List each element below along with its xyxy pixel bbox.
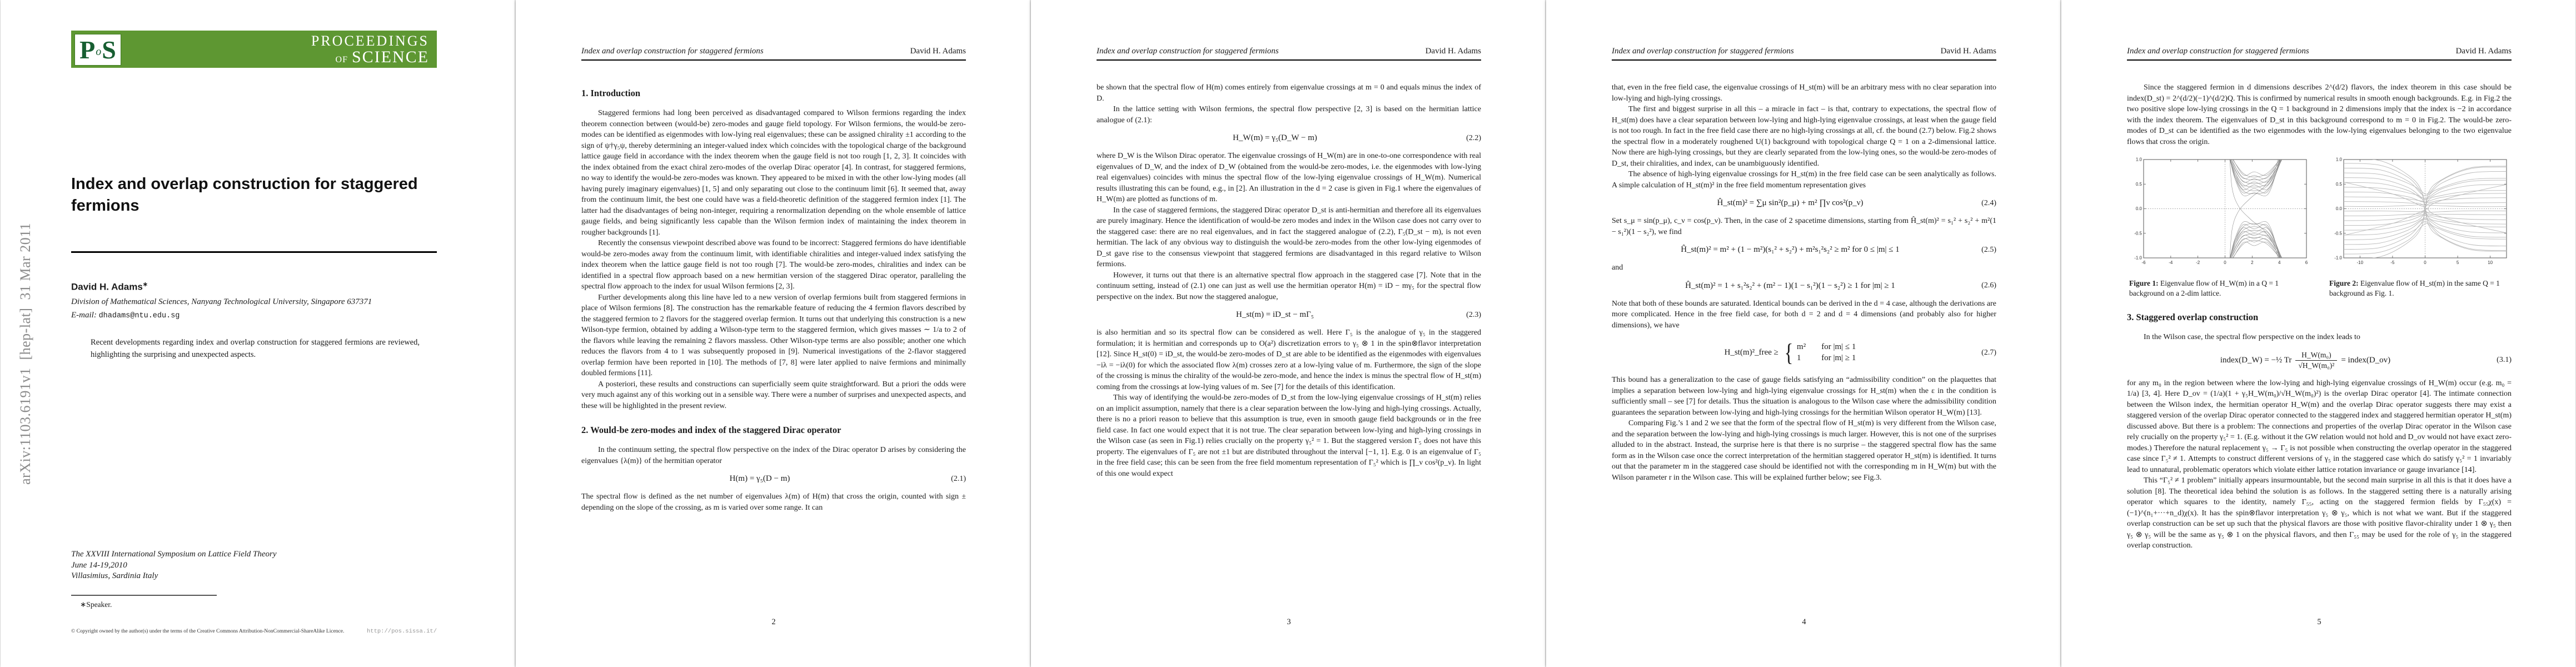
svg-text:0.5: 0.5 [2336,182,2343,187]
equation-post: = index(D_ov) [2341,355,2390,364]
figure-plot-2: -10-505101.00.50.0-0.5-1.0 [2327,156,2510,270]
paragraph: Further developments along this line hav… [581,292,966,379]
page-number: 2 [581,618,966,627]
equation-body: index(D_W) = −½ TrH_W(m₀)√H_W(m₀)²= inde… [2127,351,2484,370]
cover-page: arXiv:1103.6191v1 [hep-lat] 31 Mar 2011 … [1,0,515,667]
running-author: David H. Adams [1941,47,1996,56]
paragraph: This way of identifying the would-be zer… [1097,392,1481,479]
pos-url: http://pos.sissa.it/ [367,628,437,635]
document-canvas: arXiv:1103.6191v1 [hep-lat] 31 Mar 2011 … [0,0,2576,667]
svg-text:-6: -6 [2141,260,2146,265]
svg-text:5: 5 [2457,260,2459,265]
pos-brand-science: SCIENCE [352,48,429,66]
svg-text:6: 6 [2305,260,2308,265]
svg-text:-4: -4 [2169,260,2173,265]
running-title: Index and overlap construction for stagg… [581,47,764,56]
equation-fraction: H_W(m₀)√H_W(m₀)² [2295,351,2337,370]
equation: H_st(m)²_free ≥{m²for |m| ≤ 11for |m| ≥ … [1612,339,1996,367]
fraction-numerator: H_W(m₀) [2295,351,2337,361]
equation: Ĥ_st(m)² = ∑μ sin²(p_μ) + m² ∏ν cos²(p_ν… [1612,198,1996,208]
email-label: E-mail: [71,311,97,320]
title-rule [71,251,437,253]
equation: Ĥ_st(m)² = m² + (1 − m²)(s₁² + s₂²) + m²… [1612,245,1996,255]
svg-text:1.0: 1.0 [2336,157,2343,162]
running-header: Index and overlap construction for stagg… [1612,47,1996,61]
svg-text:4: 4 [2278,260,2281,265]
page-number: 5 [2127,618,2512,627]
running-author: David H. Adams [2456,47,2512,56]
svg-text:-10: -10 [2357,260,2364,265]
pos-brand-of: OF [336,55,348,64]
email-address: dhadams@ntu.edu.sg [99,312,180,320]
equation: H(m) = γ₅(D − m)(2.1) [581,474,966,484]
figure-caption: Figure 2: Eigenvalue flow of H_st(m) in … [2329,278,2508,298]
figures-row: -6-4-202461.00.50.0-0.5-1.0Figure 1: Eig… [2127,156,2512,298]
paragraph: Staggered fermions had long been perceiv… [581,108,966,238]
paragraph: Note that both of these bounds are satur… [1612,298,1996,331]
case-expression: m² [1797,342,1806,352]
abstract: Recent developments regarding index and … [91,336,420,361]
page-content: that, even in the free field case, the e… [1612,79,1996,483]
cases-brace: { [1785,339,1793,367]
equation: Ĥ_st(m)² = 1 + s₁²s₂² + (m² − 1)(1 − s₁²… [1612,281,1996,291]
figure: -6-4-202461.00.50.0-0.5-1.0Figure 1: Eig… [2127,156,2310,298]
equation-body: H(m) = γ₅(D − m) [581,474,938,484]
equation-number: (2.4) [1969,199,1996,208]
author-block: David H. Adams∗ Division of Mathematical… [71,281,437,320]
paragraph: Set s_μ = sin(p_μ), c_ν = cos(p_ν). Then… [1612,216,1996,237]
pos-banner: P o S PROCEEDINGS OFSCIENCE [71,31,437,68]
equation-number: (2.3) [1453,311,1481,320]
svg-text:-1.0: -1.0 [2134,256,2142,261]
section-heading: 1. Introduction [581,88,966,99]
figure: -10-505101.00.50.0-0.5-1.0Figure 2: Eige… [2327,156,2510,298]
equation-number: (3.1) [2484,356,2512,365]
page-5: Index and overlap construction for stagg… [2061,0,2575,667]
paragraph: However, it turns out that there is an a… [1097,270,1481,303]
equation-body: H_st(m) = iD_st − mΓ₅ [1097,310,1453,320]
equation-number: (2.6) [1969,281,1996,290]
paragraph: A posteriori, these results and construc… [581,379,966,412]
paragraph: Comparing Fig.’s 1 and 2 we see that the… [1612,418,1996,483]
email-line: E-mail: dhadams@ntu.edu.sg [71,311,437,320]
svg-text:10: 10 [2488,260,2493,265]
paragraph: is also hermitian and so its spectral fl… [1097,327,1481,392]
pos-brand: PROCEEDINGS OFSCIENCE [311,33,429,66]
paragraph: In the lattice setting with Wilson fermi… [1097,104,1481,126]
running-title: Index and overlap construction for stagg… [2127,47,2309,56]
svg-text:-0.5: -0.5 [2334,231,2342,236]
paragraph: The absence of high-lying eigenvalue cro… [1612,169,1996,191]
svg-text:0: 0 [2224,260,2226,265]
running-author: David H. Adams [910,47,966,56]
case-condition: for |m| ≥ 1 [1821,354,1856,363]
case-expression: 1 [1797,354,1806,363]
connector-text: and [1612,262,1996,273]
conference-info: The XXVIII International Symposium on La… [71,549,277,582]
equation-pre: index(D_W) = −½ Tr [2220,355,2292,364]
svg-text:1.0: 1.0 [2136,157,2142,162]
paragraph: This bound has a generalization to the c… [1612,375,1996,418]
svg-text:-2: -2 [2196,260,2200,265]
equation-number: (2.5) [1969,246,1996,255]
equation-body: Ĥ_st(m)² = ∑μ sin²(p_μ) + m² ∏ν cos²(p_ν… [1612,198,1969,208]
paragraph: The first and biggest surprise in all th… [1612,104,1996,169]
equation: H_W(m) = γ₅(D_W − m)(2.2) [1097,133,1481,143]
figure-label: Figure 1: [2129,279,2159,287]
pos-logo-letter-s: S [102,37,116,63]
author-speaker-mark: ∗ [143,281,148,288]
svg-text:-0.5: -0.5 [2134,231,2142,236]
paragraph: where D_W is the Wilson Dirac operator. … [1097,151,1481,205]
running-header: Index and overlap construction for stagg… [581,47,966,61]
paragraph: that, even in the free field case, the e… [1612,82,1996,104]
speaker-footnote: ∗Speaker. [80,600,112,609]
author-name-text: David H. Adams [71,282,143,292]
equation-body: Ĥ_st(m)² = m² + (1 − m²)(s₁² + s₂²) + m²… [1612,245,1969,255]
equation-body: H_st(m)²_free ≥{m²for |m| ≤ 11for |m| ≥ … [1612,339,1969,367]
paragraph: This “Γ₅² ≠ 1 problem” initially appears… [2127,475,2512,551]
conference-dates: June 14-19,2010 [71,560,277,571]
svg-text:0.5: 0.5 [2136,182,2142,187]
paragraph: In the case of staggered fermions, the s… [1097,205,1481,270]
svg-text:-1.0: -1.0 [2334,256,2342,261]
equation-number: (2.2) [1453,134,1481,143]
svg-text:0: 0 [2424,260,2426,265]
author-name: David H. Adams∗ [71,281,437,293]
running-author: David H. Adams [1426,47,1481,56]
page-4: Index and overlap construction for stagg… [1546,0,2060,667]
pos-logo-letter-p: P [79,37,95,63]
running-title: Index and overlap construction for stagg… [1612,47,1794,56]
paragraph: In the continuum setting, the spectral f… [581,445,966,466]
section-heading: 2. Would-be zero-modes and index of the … [581,425,966,436]
fraction-denominator: √H_W(m₀)² [2295,361,2337,370]
figure-caption: Figure 1: Eigenvalue flow of H_W(m) in a… [2129,278,2308,298]
conference-name: The XXVIII International Symposium on La… [71,549,277,560]
equation-body: Ĥ_st(m)² = 1 + s₁²s₂² + (m² − 1)(1 − s₁²… [1612,281,1969,291]
equation: H_st(m) = iD_st − mΓ₅(2.3) [1097,310,1481,320]
paragraph: be shown that the spectral flow of H(m) … [1097,82,1481,104]
paper-title: Index and overlap construction for stagg… [71,173,427,217]
footnote-rule [71,595,217,596]
copyright-notice: © Copyright owned by the author(s) under… [71,629,344,634]
page-3: Index and overlap construction for stagg… [1031,0,1545,667]
paragraph: for any m₀ in the region between where t… [2127,378,2512,476]
svg-text:0.0: 0.0 [2336,206,2343,211]
running-header: Index and overlap construction for stagg… [1097,47,1481,61]
page-content: Since the staggered fermion in d dimensi… [2127,79,2512,551]
case-condition: for |m| ≤ 1 [1821,342,1856,352]
conference-location: Villasimius, Sardinia Italy [71,571,277,582]
equation-body: H_W(m) = γ₅(D_W − m) [1097,133,1453,143]
arxiv-stamp: arXiv:1103.6191v1 [hep-lat] 31 Mar 2011 [17,223,34,485]
equation-number: (2.7) [1969,349,1996,357]
section-heading: 3. Staggered overlap construction [2127,312,2512,323]
page-number: 3 [1097,618,1481,627]
running-header: Index and overlap construction for stagg… [2127,47,2512,61]
page-content: be shown that the spectral flow of H(m) … [1097,79,1481,479]
equation-cases: m²for |m| ≤ 11for |m| ≥ 1 [1797,342,1856,363]
svg-text:0.0: 0.0 [2136,206,2142,211]
paragraph: In the Wilson case, the spectral flow pe… [2127,332,2512,343]
paragraph: Recently the consensus viewpoint describ… [581,238,966,292]
page-number: 4 [1612,618,1996,627]
svg-text:2: 2 [2251,260,2254,265]
figure-label: Figure 2: [2329,279,2359,287]
figure-plot-1: -6-4-202461.00.50.0-0.5-1.0 [2127,156,2310,270]
pos-brand-line2: OFSCIENCE [311,48,429,66]
page-2: Index and overlap construction for stagg… [516,0,1030,667]
paragraph: Since the staggered fermion in d dimensi… [2127,82,2512,147]
equation: index(D_W) = −½ TrH_W(m₀)√H_W(m₀)²= inde… [2127,351,2512,370]
pos-brand-line1: PROCEEDINGS [311,33,429,48]
running-title: Index and overlap construction for stagg… [1097,47,1279,56]
cover-footer: © Copyright owned by the author(s) under… [71,628,437,635]
pos-logo: P o S [74,34,121,66]
author-affiliation: Division of Mathematical Sciences, Nanya… [71,297,437,307]
pos-logo-letter-o: o [96,46,101,58]
paragraph: The spectral flow is defined as the net … [581,491,966,513]
equation-lead: H_st(m)²_free ≥ [1725,348,1778,357]
svg-text:-5: -5 [2390,260,2395,265]
page-content: 1. IntroductionStaggered fermions had lo… [581,79,966,513]
equation-number: (2.1) [938,475,966,484]
